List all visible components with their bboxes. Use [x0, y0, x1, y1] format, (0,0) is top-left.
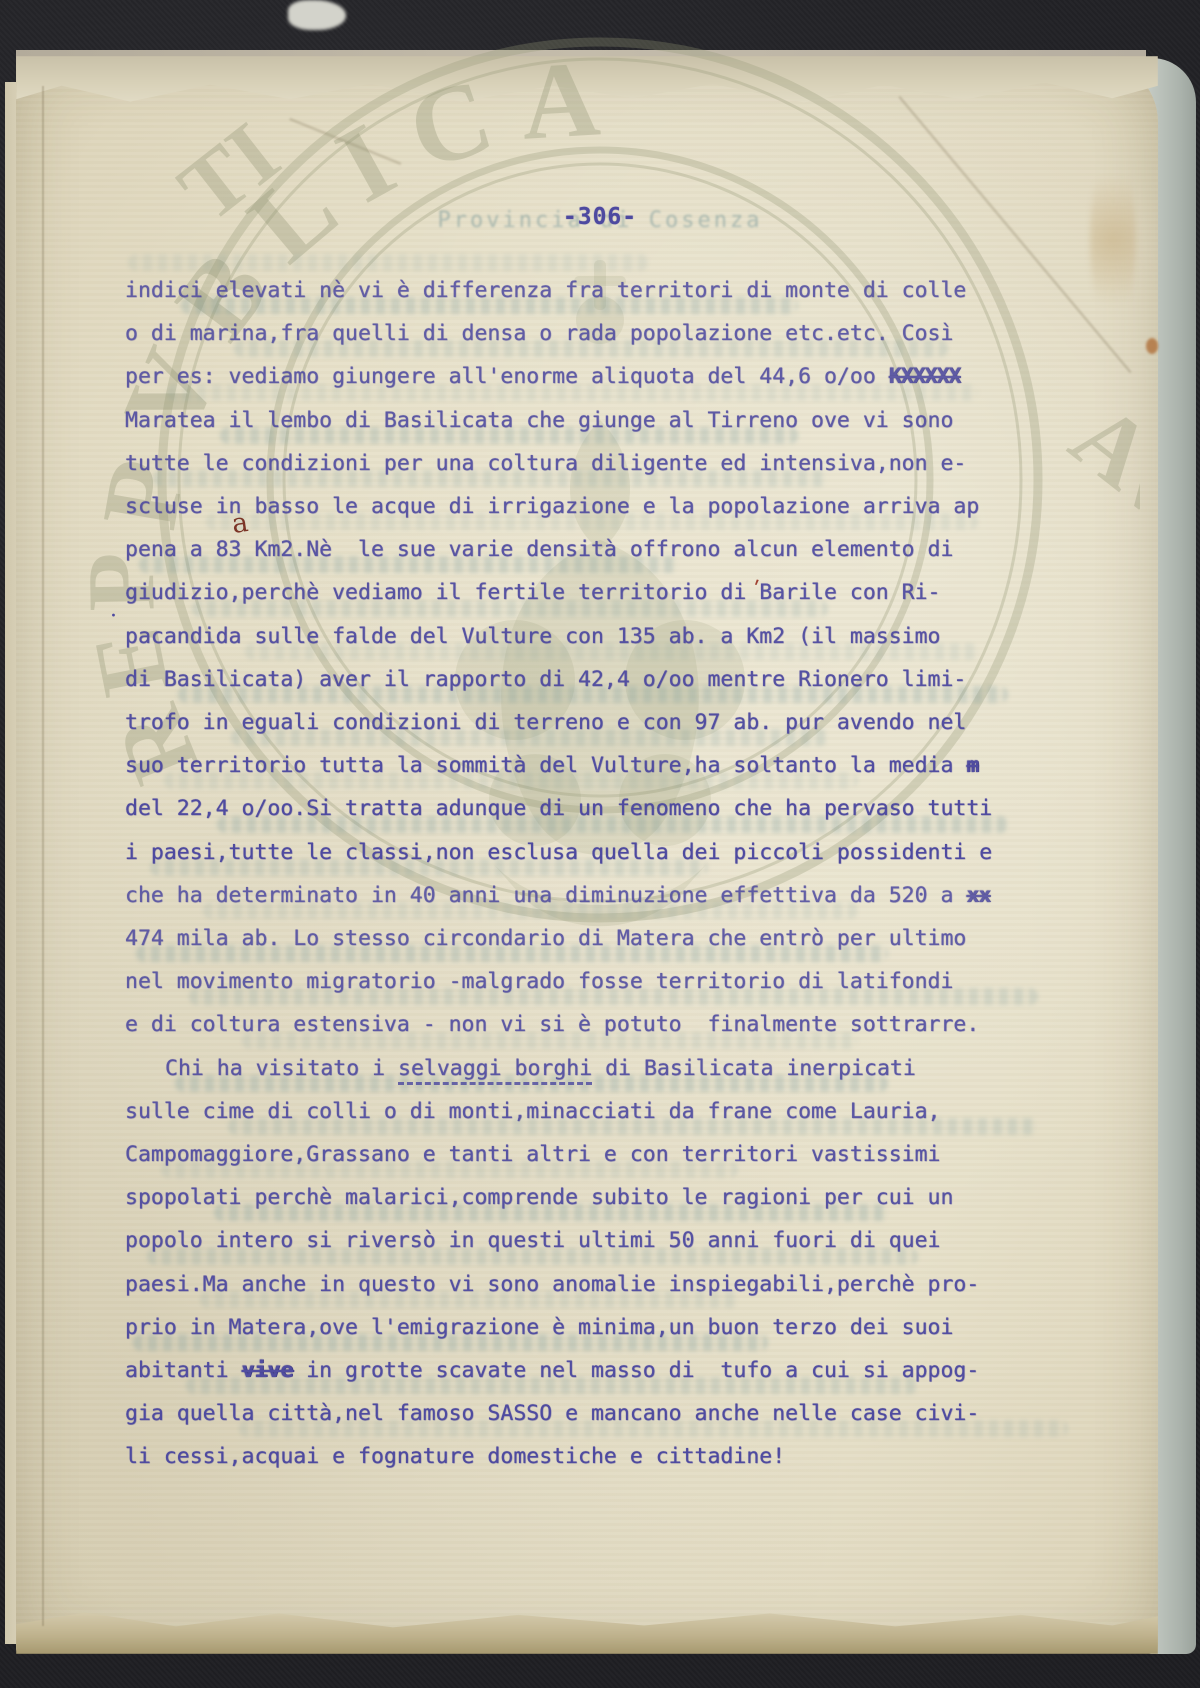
- typed-line: li cessi,acquai e fognature domestiche e…: [125, 1444, 1125, 1469]
- typed-line: abitanti vive in grotte scavate nel mass…: [125, 1358, 1125, 1383]
- typed-segment: popolo intero si riversò in questi ultim…: [125, 1228, 940, 1253]
- typed-segment-strike: m: [966, 753, 978, 778]
- typed-line: pena a 83 Km2.Nè le sue varie densità of…: [125, 537, 1125, 562]
- typed-line: Campomaggiore,Grassano e tanti altri e c…: [125, 1142, 1125, 1167]
- typed-segment: che ha determinato in 40 anni una diminu…: [125, 883, 966, 908]
- typed-segment: Campomaggiore,Grassano e tanti altri e c…: [125, 1142, 940, 1167]
- typed-line: sulle cime di colli o di monti,minacciat…: [125, 1099, 1125, 1124]
- typed-segment: spopolati perchè malarici,comprende subi…: [125, 1185, 953, 1210]
- typed-segment: giudizio,perchè vediamo il fertile terri…: [125, 580, 940, 605]
- typed-segment: nel movimento migratorio -malgrado fosse…: [125, 969, 953, 994]
- typed-segment: prio in Matera,ove l'emigrazione è minim…: [125, 1315, 953, 1340]
- typed-line: nel movimento migratorio -malgrado fosse…: [125, 969, 1125, 994]
- typed-segment: Maratea il lembo di Basilicata che giung…: [125, 408, 953, 433]
- typed-segment: tutte le condizioni per una coltura dili…: [125, 451, 966, 476]
- typed-segment: abitanti: [125, 1358, 242, 1383]
- typed-segment: scluse in basso le acque di irrigazione …: [125, 494, 979, 519]
- typed-line: Chi ha visitato i selvaggi borghi di Bas…: [125, 1056, 1165, 1081]
- typed-line: tutte le condizioni per una coltura dili…: [125, 451, 1125, 476]
- typed-line: prio in Matera,ove l'emigrazione è minim…: [125, 1315, 1125, 1340]
- typed-line: di Basilicata) aver il rapporto di 42,4 …: [125, 667, 1125, 692]
- typed-segment: 474 mila ab. Lo stesso circondario di Ma…: [125, 926, 966, 951]
- typed-line: e di coltura estensiva - non vi si è pot…: [125, 1012, 1125, 1037]
- photographed-document: PVBLICA REP AVGE TI Provincia di Cosenza…: [0, 0, 1200, 1688]
- typed-text-block: indici elevati nè vi è differenza fra te…: [0, 0, 1200, 1688]
- typed-segment: Chi ha visitato i: [165, 1056, 398, 1081]
- typed-segment-strike: KXXXXX: [889, 364, 961, 389]
- typed-segment: di Basilicata) aver il rapporto di 42,4 …: [125, 667, 966, 692]
- typed-line: pacandida sulle falde del Vulture con 13…: [125, 624, 1125, 649]
- typed-line: indici elevati nè vi è differenza fra te…: [125, 278, 1125, 303]
- typed-line: che ha determinato in 40 anni una diminu…: [125, 883, 1125, 908]
- typed-segment-overstruck: vive: [242, 1358, 294, 1383]
- typed-line: 474 mila ab. Lo stesso circondario di Ma…: [125, 926, 1125, 951]
- typed-segment: indici elevati nè vi è differenza fra te…: [125, 278, 966, 303]
- typed-line: scluse in basso le acque di irrigazione …: [125, 494, 1125, 519]
- typed-segment-underline: selvaggi borghi: [398, 1056, 592, 1085]
- typed-segment: e di coltura estensiva - non vi si è pot…: [125, 1012, 979, 1037]
- typed-dot: ·: [110, 604, 117, 629]
- typed-line: gia quella città,nel famoso SASSO e manc…: [125, 1401, 1125, 1426]
- typed-segment: pena a 83 Km2.Nè le sue varie densità of…: [125, 537, 953, 562]
- typed-line: Maratea il lembo di Basilicata che giung…: [125, 408, 1125, 433]
- typed-line: paesi.Ma anche in questo vi sono anomali…: [125, 1272, 1125, 1297]
- typed-segment: li cessi,acquai e fognature domestiche e…: [125, 1444, 785, 1469]
- typed-segment: paesi.Ma anche in questo vi sono anomali…: [125, 1272, 979, 1297]
- typed-line: popolo intero si riversò in questi ultim…: [125, 1228, 1125, 1253]
- typed-line: del 22,4 o/oo.Si tratta adunque di un fe…: [125, 796, 1125, 821]
- typed-line: trofo in eguali condizioni di terreno e …: [125, 710, 1125, 735]
- typed-segment: pacandida sulle falde del Vulture con 13…: [125, 624, 940, 649]
- typed-line: giudizio,perchè vediamo il fertile terri…: [125, 580, 1125, 605]
- typed-segment: gia quella città,nel famoso SASSO e manc…: [125, 1401, 979, 1426]
- typed-segment: trofo in eguali condizioni di terreno e …: [125, 710, 966, 735]
- typed-line: spopolati perchè malarici,comprende subi…: [125, 1185, 1125, 1210]
- typed-segment: i paesi,tutte le classi,non esclusa quel…: [125, 840, 992, 865]
- typed-line: o di marina,fra quelli di densa o rada p…: [125, 321, 1125, 346]
- typed-segment: di Basilicata inerpicati: [592, 1056, 916, 1081]
- typed-segment: o di marina,fra quelli di densa o rada p…: [125, 321, 953, 346]
- typed-segment: sulle cime di colli o di monti,minacciat…: [125, 1099, 940, 1124]
- typed-segment-strike: xx: [966, 883, 990, 908]
- typed-line: i paesi,tutte le classi,non esclusa quel…: [125, 840, 1125, 865]
- typed-segment: del 22,4 o/oo.Si tratta adunque di un fe…: [125, 796, 992, 821]
- typed-segment: in grotte scavate nel masso di tufo a cu…: [293, 1358, 979, 1383]
- typed-segment: suo territorio tutta la sommità del Vult…: [125, 753, 966, 778]
- typed-line: per es: vediamo giungere all'enorme aliq…: [125, 364, 1125, 389]
- typed-segment: per es: vediamo giungere all'enorme aliq…: [125, 364, 889, 389]
- typed-line: suo territorio tutta la sommità del Vult…: [125, 753, 1125, 778]
